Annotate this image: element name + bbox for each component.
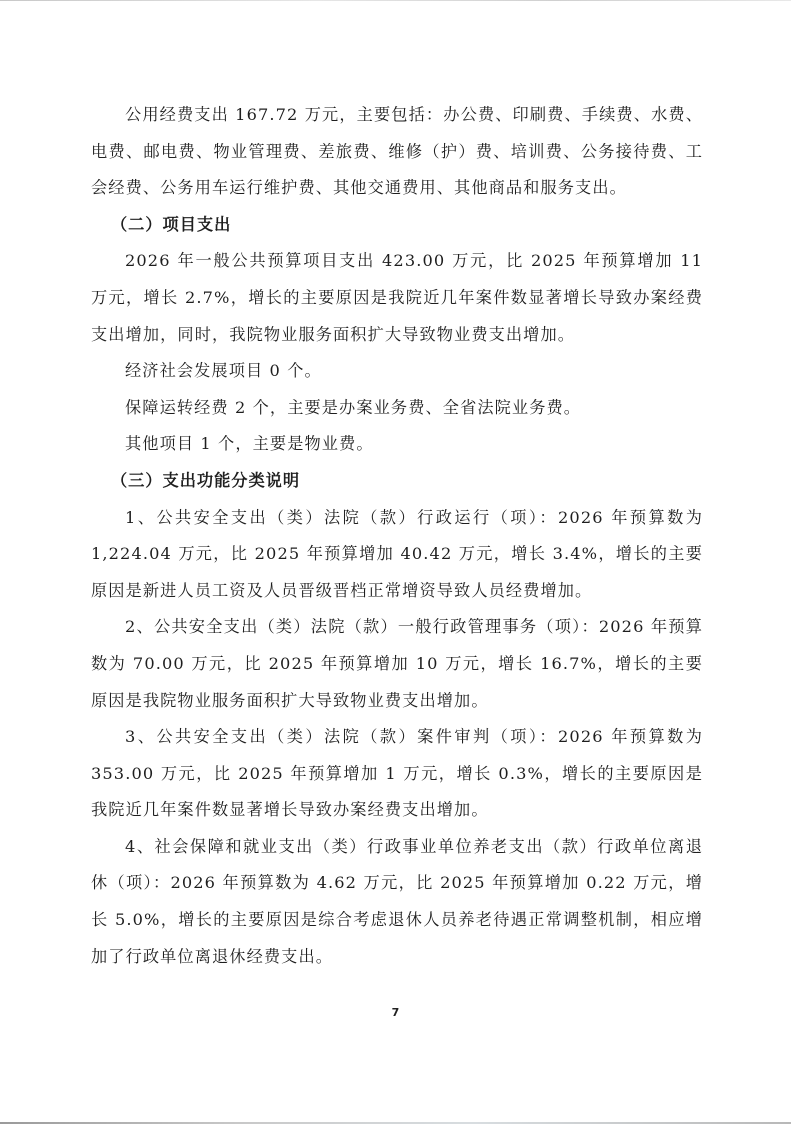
section-heading-project-expenditure: （二）项目支出 <box>91 207 703 244</box>
page-number: 7 <box>0 1006 791 1019</box>
paragraph-item-3-case-trial: 3、公共安全支出（类）法院（款）案件审判（项）：2026 年预算数为 353.0… <box>91 719 703 829</box>
document-page: 公用经费支出 167.72 万元，主要包括：办公费、印刷费、手续费、水费、电费、… <box>91 97 703 975</box>
paragraph-item-1-administrative-operation: 1、公共安全支出（类）法院（款）行政运行（项）：2026 年预算数为 1,224… <box>91 500 703 610</box>
scan-edge-top <box>0 0 791 1</box>
paragraph-other-projects: 其他项目 1 个，主要是物业费。 <box>91 426 703 463</box>
paragraph-operating-funds: 保障运转经费 2 个，主要是办案业务费、全省法院业务费。 <box>91 390 703 427</box>
paragraph-item-4-retirement: 4、社会保障和就业支出（类）行政事业单位养老支出（款）行政单位离退休（项）：20… <box>91 829 703 975</box>
paragraph-project-expenditure-summary: 2026 年一般公共预算项目支出 423.00 万元，比 2025 年预算增加 … <box>91 243 703 353</box>
paragraph-item-2-general-administration: 2、公共安全支出（类）法院（款）一般行政管理事务（项）：2026 年预算数为 7… <box>91 609 703 719</box>
paragraph-economic-projects: 经济社会发展项目 0 个。 <box>91 353 703 390</box>
section-heading-functional-classification: （三）支出功能分类说明 <box>91 463 703 500</box>
paragraph-public-funds: 公用经费支出 167.72 万元，主要包括：办公费、印刷费、手续费、水费、电费、… <box>91 97 703 207</box>
